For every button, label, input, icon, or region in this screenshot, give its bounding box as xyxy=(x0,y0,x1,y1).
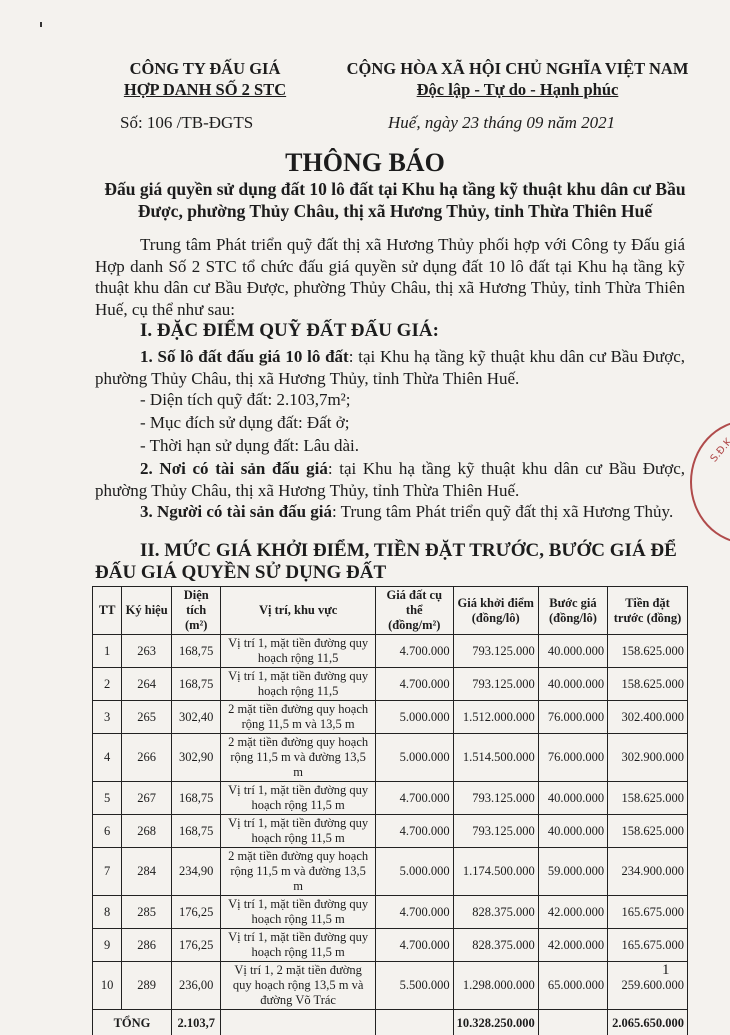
land-area: - Diện tích quỹ đất: 2.103,7m²; xyxy=(140,390,350,410)
section2-heading: II. MỨC GIÁ KHỞI ĐIỂM, TIỀN ĐẶT TRƯỚC, B… xyxy=(95,540,685,584)
table-cell: 176,25 xyxy=(172,929,221,962)
table-cell: 42.000.000 xyxy=(538,929,607,962)
total-cell: 2.103,7 xyxy=(172,1010,221,1035)
table-cell: 828.375.000 xyxy=(453,929,538,962)
table-cell: Vị trí 1, 2 mặt tiền đường quy hoạch rộn… xyxy=(221,962,375,1010)
table-cell: 40.000.000 xyxy=(538,635,607,668)
table-cell: 302.900.000 xyxy=(608,734,688,782)
column-header: Tiền đặt trước (đồng) xyxy=(608,587,688,635)
scan-mark xyxy=(40,22,42,27)
table-cell: 40.000.000 xyxy=(538,782,607,815)
table-cell: 40.000.000 xyxy=(538,815,607,848)
table-cell: 234,90 xyxy=(172,848,221,896)
table-row: 7284234,902 mặt tiền đường quy hoạch rộn… xyxy=(93,848,688,896)
land-term: - Thời hạn sử dụng đất: Lâu dài. xyxy=(140,436,359,456)
table-cell: Vị trí 1, mặt tiền đường quy hoạch rộng … xyxy=(221,668,375,701)
table-cell: 284 xyxy=(122,848,172,896)
table-cell: 2 mặt tiền đường quy hoạch rộng 11,5 m v… xyxy=(221,701,375,734)
table-cell: 176,25 xyxy=(172,896,221,929)
total-cell: 10.328.250.000 xyxy=(453,1010,538,1035)
org-name-line1: CÔNG TY ĐẤU GIÁ xyxy=(110,58,300,79)
table-cell: 1.514.500.000 xyxy=(453,734,538,782)
table-cell: 793.125.000 xyxy=(453,635,538,668)
table-cell: 2 xyxy=(93,668,122,701)
document-title: THÔNG BÁO xyxy=(0,148,730,178)
table-cell: 302,40 xyxy=(172,701,221,734)
table-row: 1263168,75Vị trí 1, mặt tiền đường quy h… xyxy=(93,635,688,668)
table-cell: 1.174.500.000 xyxy=(453,848,538,896)
table-row: 8285176,25Vị trí 1, mặt tiền đường quy h… xyxy=(93,896,688,929)
table-cell: 76.000.000 xyxy=(538,701,607,734)
section1-item2: 2. Nơi có tài sản đấu giá: tại Khu hạ tầ… xyxy=(95,458,685,501)
table-cell: 236,00 xyxy=(172,962,221,1010)
table-row: 9286176,25Vị trí 1, mặt tiền đường quy h… xyxy=(93,929,688,962)
item1-label: 1. Số lô đất đấu giá 10 lô đất xyxy=(140,347,349,366)
table-cell: Vị trí 1, mặt tiền đường quy hoạch rộng … xyxy=(221,929,375,962)
total-cell: TỔNG xyxy=(93,1010,172,1035)
table-cell: 4.700.000 xyxy=(375,815,453,848)
table-cell: 10 xyxy=(93,962,122,1010)
table-cell: 8 xyxy=(93,896,122,929)
total-cell xyxy=(221,1010,375,1035)
table-cell: 9 xyxy=(93,929,122,962)
section2-heading-text: II. MỨC GIÁ KHỞI ĐIỂM, TIỀN ĐẶT TRƯỚC, B… xyxy=(95,540,685,584)
table-cell: 793.125.000 xyxy=(453,668,538,701)
section1-item1: 1. Số lô đất đấu giá 10 lô đất: tại Khu … xyxy=(95,346,685,389)
table-cell: Vị trí 1, mặt tiền đường quy hoạch rộng … xyxy=(221,896,375,929)
table-cell: 264 xyxy=(122,668,172,701)
table-cell: 266 xyxy=(122,734,172,782)
table-cell: 4.700.000 xyxy=(375,929,453,962)
table-cell: 5.500.000 xyxy=(375,962,453,1010)
table-cell: 302.400.000 xyxy=(608,701,688,734)
table-cell: 267 xyxy=(122,782,172,815)
table-cell: 4 xyxy=(93,734,122,782)
table-cell: 165.675.000 xyxy=(608,896,688,929)
item3-label: 3. Người có tài sản đấu giá xyxy=(140,502,332,521)
table-cell: 2 mặt tiền đường quy hoạch rộng 11,5 m v… xyxy=(221,848,375,896)
table-cell: 3 xyxy=(93,701,122,734)
org-name-line2: HỢP DANH SỐ 2 STC xyxy=(110,79,300,100)
table-cell: 4.700.000 xyxy=(375,635,453,668)
column-header: Ký hiệu xyxy=(122,587,172,635)
column-header: TT xyxy=(93,587,122,635)
table-cell: 793.125.000 xyxy=(453,782,538,815)
column-header: Vị trí, khu vực xyxy=(221,587,375,635)
table-cell: 65.000.000 xyxy=(538,962,607,1010)
column-header: Bước giá (đồng/lô) xyxy=(538,587,607,635)
table-cell: 5.000.000 xyxy=(375,848,453,896)
table-cell: 158.625.000 xyxy=(608,815,688,848)
document-number: Số: 106 /TB-ĐGTS xyxy=(120,113,253,133)
table-cell: 289 xyxy=(122,962,172,1010)
table-cell: 4.700.000 xyxy=(375,896,453,929)
item2-label: 2. Nơi có tài sản đấu giá xyxy=(140,459,328,478)
table-cell: 302,90 xyxy=(172,734,221,782)
table-cell: 59.000.000 xyxy=(538,848,607,896)
table-cell: 234.900.000 xyxy=(608,848,688,896)
table-cell: 265 xyxy=(122,701,172,734)
place-date: Huế, ngày 23 tháng 09 năm 2021 xyxy=(388,113,615,133)
section1-item3: 3. Người có tài sản đấu giá: Trung tâm P… xyxy=(95,501,685,523)
table-cell: 268 xyxy=(122,815,172,848)
table-cell: 5.000.000 xyxy=(375,701,453,734)
table-row: 4266302,902 mặt tiền đường quy hoạch rộn… xyxy=(93,734,688,782)
document-page: CÔNG TY ĐẤU GIÁ HỢP DANH SỐ 2 STC CỘNG H… xyxy=(0,0,730,1035)
table-cell: 2 mặt tiền đường quy hoạch rộng 11,5 m v… xyxy=(221,734,375,782)
page-number: 1 xyxy=(662,962,670,979)
table-row: 2264168,75Vị trí 1, mặt tiền đường quy h… xyxy=(93,668,688,701)
table-cell: 7 xyxy=(93,848,122,896)
table-header-row: TTKý hiệuDiện tích (m²)Vị trí, khu vựcGi… xyxy=(93,587,688,635)
table-cell: 165.675.000 xyxy=(608,929,688,962)
table-cell: Vị trí 1, mặt tiền đường quy hoạch rộng … xyxy=(221,815,375,848)
organization-header: CÔNG TY ĐẤU GIÁ HỢP DANH SỐ 2 STC xyxy=(110,58,300,100)
table-cell: 286 xyxy=(122,929,172,962)
intro-paragraph: Trung tâm Phát triển quỹ đất thị xã Hươn… xyxy=(95,234,685,320)
table-cell: 168,75 xyxy=(172,815,221,848)
total-row: TỔNG2.103,710.328.250.0002.065.650.000 xyxy=(93,1010,688,1035)
table-cell: 793.125.000 xyxy=(453,815,538,848)
land-purpose: - Mục đích sử dụng đất: Đất ở; xyxy=(140,413,349,433)
total-cell xyxy=(538,1010,607,1035)
column-header: Giá khởi điểm (đồng/lô) xyxy=(453,587,538,635)
item3-text: : Trung tâm Phát triển quỹ đất thị xã Hư… xyxy=(332,502,673,521)
table-cell: 168,75 xyxy=(172,782,221,815)
table-cell: 285 xyxy=(122,896,172,929)
table-cell: 158.625.000 xyxy=(608,635,688,668)
table-cell: 76.000.000 xyxy=(538,734,607,782)
table-cell: 259.600.000 xyxy=(608,962,688,1010)
table-cell: 4.700.000 xyxy=(375,668,453,701)
table-cell: Vị trí 1, mặt tiền đường quy hoạch rộng … xyxy=(221,782,375,815)
table-cell: 158.625.000 xyxy=(608,782,688,815)
table-row: 3265302,402 mặt tiền đường quy hoạch rộn… xyxy=(93,701,688,734)
table-cell: 5.000.000 xyxy=(375,734,453,782)
national-header: CỘNG HÒA XÃ HỘI CHỦ NGHĨA VIỆT NAM Độc l… xyxy=(340,58,695,100)
column-header: Giá đất cụ thể (đồng/m²) xyxy=(375,587,453,635)
table-cell: 1.298.000.000 xyxy=(453,962,538,1010)
country-name: CỘNG HÒA XÃ HỘI CHỦ NGHĨA VIỆT NAM xyxy=(340,58,695,79)
table-cell: 1 xyxy=(93,635,122,668)
total-cell xyxy=(375,1010,453,1035)
table-cell: 40.000.000 xyxy=(538,668,607,701)
table-cell: 158.625.000 xyxy=(608,668,688,701)
table-row: 5267168,75Vị trí 1, mặt tiền đường quy h… xyxy=(93,782,688,815)
table-row: 10289236,00Vị trí 1, 2 mặt tiền đường qu… xyxy=(93,962,688,1010)
table-cell: 42.000.000 xyxy=(538,896,607,929)
table-cell: 168,75 xyxy=(172,635,221,668)
section1-heading: I. ĐẶC ĐIỂM QUỸ ĐẤT ĐẤU GIÁ: xyxy=(140,320,439,342)
document-subtitle: Đấu giá quyền sử dụng đất 10 lô đất tại … xyxy=(95,178,695,222)
price-table: TTKý hiệuDiện tích (m²)Vị trí, khu vựcGi… xyxy=(92,586,688,1035)
table-cell: 1.512.000.000 xyxy=(453,701,538,734)
total-cell: 2.065.650.000 xyxy=(608,1010,688,1035)
table-row: 6268168,75Vị trí 1, mặt tiền đường quy h… xyxy=(93,815,688,848)
table-cell: 6 xyxy=(93,815,122,848)
table-cell: 828.375.000 xyxy=(453,896,538,929)
motto: Độc lập - Tự do - Hạnh phúc xyxy=(340,79,695,100)
table-cell: 4.700.000 xyxy=(375,782,453,815)
table-cell: 263 xyxy=(122,635,172,668)
column-header: Diện tích (m²) xyxy=(172,587,221,635)
table-cell: 5 xyxy=(93,782,122,815)
table-cell: 168,75 xyxy=(172,668,221,701)
table-cell: Vị trí 1, mặt tiền đường quy hoạch rộng … xyxy=(221,635,375,668)
